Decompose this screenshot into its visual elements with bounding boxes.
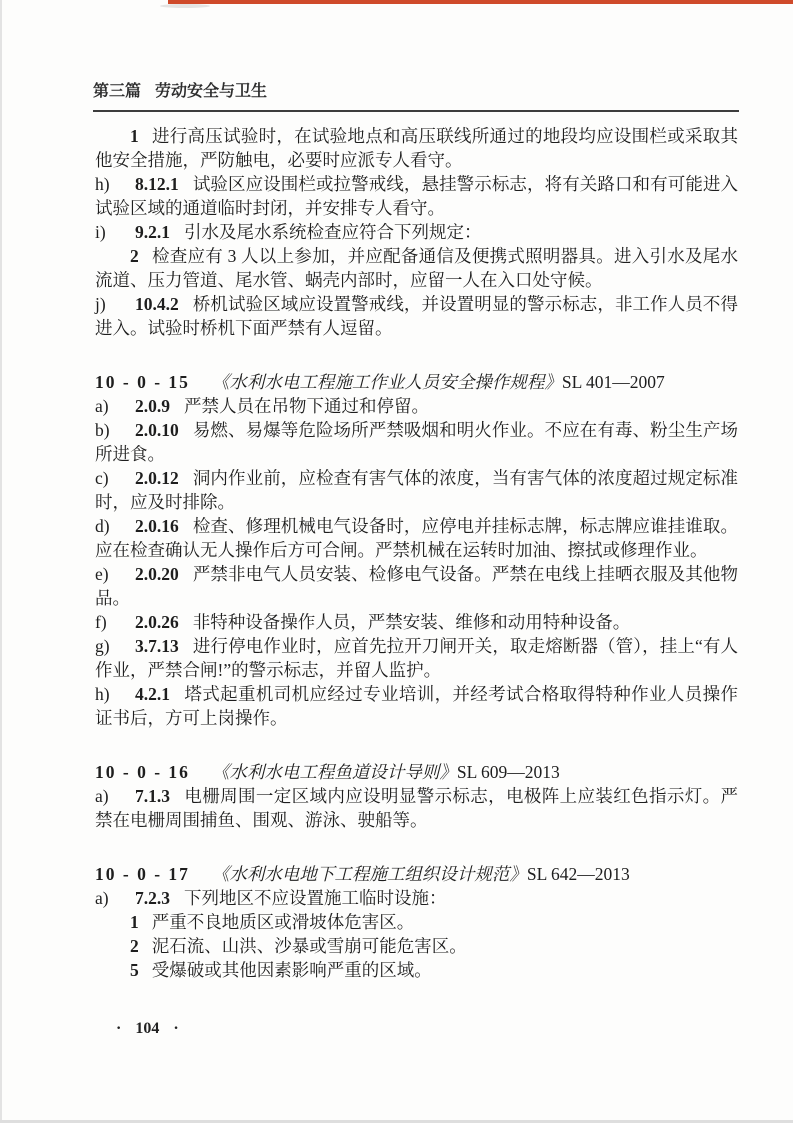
document-body: 1进行高压试验时，在试验地点和高压联线所通过的地段均应设围栏或采取其他安全措施，… [95, 124, 738, 982]
clause-text: 引水及尾水系统检查应符合下列规定： [184, 222, 482, 242]
standard-title: 《水利水电工程施工作业人员安全操作规程》 [212, 372, 562, 392]
item-letter: a) [95, 886, 135, 910]
clause-text: 非特种设备操作人员，严禁安装、维修和动用特种设备。 [193, 612, 631, 632]
section-label: 第三篇 [93, 83, 141, 100]
clause-number: 2.0.12 [135, 468, 179, 488]
clause-text: 易燃、易爆等危险场所严禁吸烟和明火作业。不应在有毒、粉尘生产场所进食。 [95, 420, 738, 464]
clause-text: 进行停电作业时，应首先拉开刀闸开关，取走熔断器（管），挂上“有人作业，严禁合闸!… [95, 636, 738, 680]
clause-number: 10.4.2 [135, 294, 179, 314]
numbered-sub-item: 1严重不良地质区或滑坡体危害区。 [95, 910, 738, 934]
clause-number: 9.2.1 [135, 222, 170, 242]
standard-code: SL 642—2013 [527, 864, 630, 884]
clause-item: e)2.0.20严禁非电气人员安装、检修电气设备。严禁在电线上挂晒衣服及其他物品… [95, 562, 738, 610]
numbered-sub-item: 2检查应有 3 人以上参加，并应配备通信及便携式照明器具。进入引水及尾水流道、压… [95, 244, 738, 292]
clause-text: 洞内作业前，应检查有害气体的浓度，当有害气体的浓度超过规定标准时，应及时排除。 [95, 468, 738, 512]
clause-number: 3.7.13 [135, 636, 179, 656]
clause-item: a)7.2.3下列地区不应设置施工临时设施： [95, 886, 738, 910]
sub-item-number: 2 [130, 246, 139, 266]
sub-item-text: 严重不良地质区或滑坡体危害区。 [152, 912, 415, 932]
numbered-sub-item: 1进行高压试验时，在试验地点和高压联线所通过的地段均应设围栏或采取其他安全措施，… [95, 124, 738, 172]
clause-item: h)4.2.1塔式起重机司机应经过专业培训，并经考试合格取得特种作业人员操作证书… [95, 682, 738, 730]
item-letter: d) [95, 514, 135, 538]
clause-text: 检查、修理机械电气设备时，应停电并挂标志牌，标志牌应谁挂谁取。应在检查确认无人操… [95, 516, 738, 560]
clause-item: c)2.0.12洞内作业前，应检查有害气体的浓度，当有害气体的浓度超过规定标准时… [95, 466, 738, 514]
clause-number: 8.12.1 [135, 174, 179, 194]
clause-text: 塔式起重机司机应经过专业培训，并经考试合格取得特种作业人员操作证书后，方可上岗操… [95, 684, 738, 728]
clause-item: a)7.1.3电栅周围一定区域内应设明显警示标志，电极阵上应装红色指示灯。严禁在… [95, 784, 738, 832]
scan-edge-left [0, 0, 2, 1123]
item-letter: a) [95, 784, 135, 808]
clause-text: 严禁非电气人员安装、检修电气设备。严禁在电线上挂晒衣服及其他物品。 [95, 564, 738, 608]
clause-text: 下列地区不应设置施工临时设施： [184, 888, 447, 908]
section-title: 劳动安全与卫生 [155, 83, 267, 100]
standard-entry-number: 10 - 0 - 17 [95, 864, 190, 884]
standard-entry-number: 10 - 0 - 15 [95, 372, 190, 392]
clause-number: 7.2.3 [135, 888, 170, 908]
sub-item-text: 进行高压试验时，在试验地点和高压联线所通过的地段均应设围栏或采取其他安全措施，严… [95, 126, 738, 170]
clause-item: g)3.7.13进行停电作业时，应首先拉开刀闸开关，取走熔断器（管），挂上“有人… [95, 634, 738, 682]
sub-item-number: 1 [130, 912, 139, 932]
clause-number: 7.1.3 [135, 786, 170, 806]
item-letter: g) [95, 634, 135, 658]
standard-entry-number: 10 - 0 - 16 [95, 762, 190, 782]
clause-item: a)2.0.9严禁人员在吊物下通过和停留。 [95, 394, 738, 418]
item-letter: h) [95, 172, 135, 196]
standard-code: SL 401—2007 [562, 372, 665, 392]
item-letter: i) [95, 220, 135, 244]
section-heading: 10 - 0 - 15《水利水电工程施工作业人员安全操作规程》SL 401—20… [95, 370, 738, 394]
clause-number: 2.0.10 [135, 420, 179, 440]
standard-title: 《水利水电地下工程施工组织设计规范》 [212, 864, 527, 884]
section-heading: 10 - 0 - 17《水利水电地下工程施工组织设计规范》SL 642—2013 [95, 862, 738, 886]
item-letter: c) [95, 466, 135, 490]
sub-item-number: 5 [130, 960, 139, 980]
item-letter: e) [95, 562, 135, 586]
numbered-sub-item: 2泥石流、山洪、沙暴或雪崩可能危害区。 [95, 934, 738, 958]
sub-item-text: 检查应有 3 人以上参加，并应配备通信及便携式照明器具。进入引水及尾水流道、压力… [95, 246, 738, 290]
clause-item: b)2.0.10易燃、易爆等危险场所严禁吸烟和明火作业。不应在有毒、粉尘生产场所… [95, 418, 738, 466]
sub-item-number: 2 [130, 936, 139, 956]
clause-item: j)10.4.2桥机试验区域应设置警戒线，并设置明显的警示标志，非工作人员不得进… [95, 292, 738, 340]
standard-code: SL 609—2013 [457, 762, 560, 782]
sub-item-number: 1 [130, 126, 139, 146]
clause-item: h)8.12.1试验区应设围栏或拉警戒线，悬挂警示标志，将有关路口和有可能进入试… [95, 172, 738, 220]
clause-item: d)2.0.16检查、修理机械电气设备时，应停电并挂标志牌，标志牌应谁挂谁取。应… [95, 514, 738, 562]
clause-number: 2.0.16 [135, 516, 179, 536]
sub-item-text: 泥石流、山洪、沙暴或雪崩可能危害区。 [152, 936, 467, 956]
clause-number: 2.0.9 [135, 396, 170, 416]
clause-item: f)2.0.26非特种设备操作人员，严禁安装、维修和动用特种设备。 [95, 610, 738, 634]
item-letter: a) [95, 394, 135, 418]
clause-text: 电栅周围一定区域内应设明显警示标志，电极阵上应装红色指示灯。严禁在电栅周围捕鱼、… [95, 786, 738, 830]
item-letter: f) [95, 610, 135, 634]
clause-text: 桥机试验区域应设置警戒线，并设置明显的警示标志，非工作人员不得进入。试验时桥机下… [95, 294, 738, 338]
scan-artifact [160, 4, 210, 8]
running-header: 第三篇劳动安全与卫生 [93, 78, 739, 112]
clause-text: 严禁人员在吊物下通过和停留。 [184, 396, 429, 416]
section-heading: 10 - 0 - 16《水利水电工程鱼道设计导则》SL 609—2013 [95, 760, 738, 784]
standard-title: 《水利水电工程鱼道设计导则》 [212, 762, 457, 782]
item-letter: j) [95, 292, 135, 316]
item-letter: h) [95, 682, 135, 706]
clause-text: 试验区应设围栏或拉警戒线，悬挂警示标志，将有关路口和有可能进入试验区域的通道临时… [95, 174, 738, 218]
item-letter: b) [95, 418, 135, 442]
clause-number: 2.0.26 [135, 612, 179, 632]
page-number: · 104 · [116, 1020, 179, 1038]
clause-number: 4.2.1 [135, 684, 170, 704]
numbered-sub-item: 5受爆破或其他因素影响严重的区域。 [95, 958, 738, 982]
clause-number: 2.0.20 [135, 564, 179, 584]
top-accent-rule [168, 0, 793, 4]
clause-item: i)9.2.1引水及尾水系统检查应符合下列规定： [95, 220, 738, 244]
sub-item-text: 受爆破或其他因素影响严重的区域。 [152, 960, 432, 980]
